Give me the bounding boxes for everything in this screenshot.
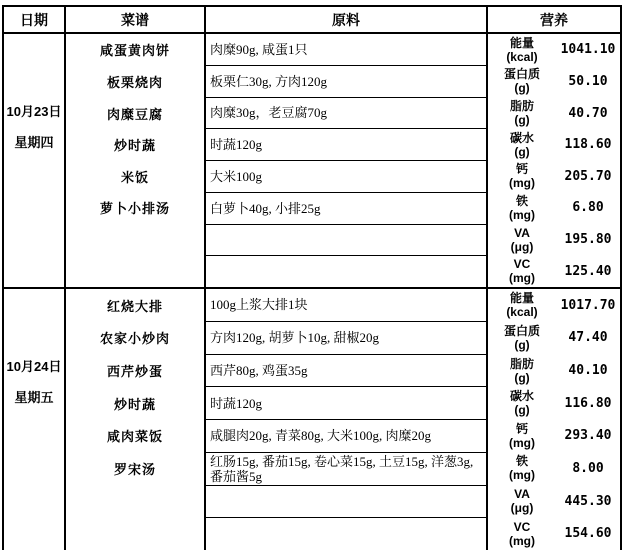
ingredient-cell: 时蔬120g [206, 387, 486, 420]
ingredient-cell: 肉糜30g，老豆腐70g [206, 98, 486, 130]
ingredient-cell: 咸腿肉20g, 青菜80g, 大米100g, 肉糜20g [206, 420, 486, 453]
dish-name [66, 485, 204, 518]
header-menu: 菜谱 [66, 7, 206, 32]
dish-name [66, 517, 204, 550]
nutrient-name: VC [514, 520, 531, 534]
nutrient-label: VA (μg) [488, 485, 556, 518]
nutrient-value: 116.80 [556, 387, 620, 420]
weekday-text: 星期五 [4, 382, 64, 413]
dish-name: 板栗烧肉 [66, 66, 204, 98]
header-nutrition: 营养 [488, 7, 620, 32]
nutrient-unit: (mg) [509, 534, 535, 548]
header-date: 日期 [4, 7, 66, 32]
nutrition-column: 能量 (kcal) 1017.70 蛋白质 (g) 47.40 脂肪 (g) 4… [488, 289, 620, 550]
date-text: 10月23日 [4, 96, 64, 127]
nutrient-unit: (mg) [509, 468, 535, 482]
dish-name: 咸蛋黄肉饼 [66, 34, 204, 66]
nutrition-row: 碳水 (g) 116.80 [488, 387, 620, 420]
ingredient-cell: 西芹80g, 鸡蛋35g [206, 355, 486, 388]
nutrient-value: 195.80 [556, 224, 620, 256]
ingredient-cell: 红肠15g, 番茄15g, 卷心菜15g, 土豆15g, 洋葱3g, 番茄酱5g [206, 453, 486, 486]
nutrient-unit: (kcal) [506, 50, 537, 64]
nutrient-unit: (μg) [511, 240, 534, 254]
nutrient-name: 脂肪 [510, 357, 534, 371]
nutrient-unit: (g) [514, 338, 529, 352]
nutrient-unit: (mg) [509, 208, 535, 222]
nutrient-label: VA (μg) [488, 224, 556, 256]
dish-name: 咸肉菜饭 [66, 420, 204, 453]
nutrient-value: 1041.10 [556, 34, 620, 66]
dish-name: 农家小炒肉 [66, 322, 204, 355]
nutrient-unit: (mg) [509, 436, 535, 450]
nutrient-label: 铁 (mg) [488, 192, 556, 224]
weekday-text: 星期四 [4, 127, 64, 158]
nutrient-value: 50.10 [556, 66, 620, 98]
dish-name [66, 255, 204, 287]
dish-name: 红烧大排 [66, 289, 204, 322]
nutrient-unit: (g) [514, 113, 529, 127]
nutrition-column: 能量 (kcal) 1041.10 蛋白质 (g) 50.10 脂肪 (g) 4… [488, 34, 620, 287]
nutrient-name: 蛋白质 [504, 67, 540, 81]
nutrient-name: VC [514, 257, 531, 271]
ingredient-cell [206, 256, 486, 287]
nutrient-unit: (g) [514, 81, 529, 95]
nutrient-label: 脂肪 (g) [488, 354, 556, 387]
dish-name [66, 224, 204, 256]
nutrition-row: 钙 (mg) 293.40 [488, 420, 620, 453]
nutrition-row: VA (μg) 195.80 [488, 224, 620, 256]
nutrition-row: 铁 (mg) 8.00 [488, 452, 620, 485]
date-cell: 10月23日 星期四 [4, 34, 66, 287]
header-ingredients: 原料 [206, 7, 488, 32]
date-text: 10月24日 [4, 351, 64, 382]
nutrient-label: 蛋白质 (g) [488, 66, 556, 98]
nutrient-value: 40.70 [556, 97, 620, 129]
nutrient-value: 205.70 [556, 161, 620, 193]
ingredient-cell: 板栗仁30g, 方肉120g [206, 66, 486, 98]
nutrient-unit: (g) [514, 371, 529, 385]
nutrition-row: VC (mg) 125.40 [488, 255, 620, 287]
ingredient-cell: 时蔬120g [206, 129, 486, 161]
nutrient-value: 8.00 [556, 452, 620, 485]
weekly-menu-table: 日期 菜谱 原料 营养 10月23日 星期四 咸蛋黄肉饼 板栗烧肉 肉糜豆腐 炒… [2, 5, 622, 550]
nutrition-row: 能量 (kcal) 1017.70 [488, 289, 620, 322]
nutrition-row: 能量 (kcal) 1041.10 [488, 34, 620, 66]
menu-column: 红烧大排 农家小炒肉 西芹炒蛋 炒时蔬 咸肉菜饭 罗宋汤 [66, 289, 206, 550]
nutrition-row: VA (μg) 445.30 [488, 485, 620, 518]
nutrient-value: 154.60 [556, 517, 620, 550]
dish-name: 炒时蔬 [66, 387, 204, 420]
dish-name: 炒时蔬 [66, 129, 204, 161]
dish-name: 罗宋汤 [66, 452, 204, 485]
nutrient-name: 能量 [510, 291, 534, 305]
nutrient-value: 6.80 [556, 192, 620, 224]
nutrient-value: 40.10 [556, 354, 620, 387]
nutrient-label: VC (mg) [488, 517, 556, 550]
ingredient-cell: 100g上浆大排1块 [206, 289, 486, 322]
nutrition-row: 钙 (mg) 205.70 [488, 161, 620, 193]
nutrient-value: 118.60 [556, 129, 620, 161]
nutrient-value: 293.40 [556, 420, 620, 453]
nutrient-value: 445.30 [556, 485, 620, 518]
nutrition-row: VC (mg) 154.60 [488, 517, 620, 550]
ingredient-cell: 肉糜90g, 咸蛋1只 [206, 34, 486, 66]
ingredient-cell: 大米100g [206, 161, 486, 193]
nutrient-name: 脂肪 [510, 99, 534, 113]
nutrient-label: 能量 (kcal) [488, 34, 556, 66]
nutrient-unit: (mg) [509, 271, 535, 285]
nutrient-label: VC (mg) [488, 255, 556, 287]
nutrient-name: VA [514, 487, 530, 501]
ingredient-cell [206, 518, 486, 550]
ingredient-cell [206, 225, 486, 257]
nutrient-name: 蛋白质 [504, 324, 540, 338]
nutrient-label: 钙 (mg) [488, 161, 556, 193]
ingredient-cell [206, 486, 486, 519]
nutrient-label: 钙 (mg) [488, 420, 556, 453]
nutrient-label: 能量 (kcal) [488, 289, 556, 322]
dish-name: 肉糜豆腐 [66, 97, 204, 129]
menu-column: 咸蛋黄肉饼 板栗烧肉 肉糜豆腐 炒时蔬 米饭 萝卜小排汤 [66, 34, 206, 287]
nutrient-unit: (g) [514, 145, 529, 159]
day-block-friday: 10月24日 星期五 红烧大排 农家小炒肉 西芹炒蛋 炒时蔬 咸肉菜饭 罗宋汤 … [4, 289, 620, 550]
ingredients-column: 100g上浆大排1块 方肉120g, 胡萝卜10g, 甜椒20g 西芹80g, … [206, 289, 488, 550]
nutrient-label: 铁 (mg) [488, 452, 556, 485]
ingredients-column: 肉糜90g, 咸蛋1只 板栗仁30g, 方肉120g 肉糜30g，老豆腐70g … [206, 34, 488, 287]
nutrition-row: 碳水 (g) 118.60 [488, 129, 620, 161]
nutrient-name: 能量 [510, 36, 534, 50]
nutrient-unit: (g) [514, 403, 529, 417]
nutrition-row: 蛋白质 (g) 47.40 [488, 322, 620, 355]
nutrient-unit: (mg) [509, 176, 535, 190]
nutrient-unit: (kcal) [506, 305, 537, 319]
dish-name: 萝卜小排汤 [66, 192, 204, 224]
nutrient-label: 碳水 (g) [488, 129, 556, 161]
nutrient-value: 125.40 [556, 255, 620, 287]
nutrient-name: 碳水 [510, 389, 534, 403]
ingredient-cell: 方肉120g, 胡萝卜10g, 甜椒20g [206, 322, 486, 355]
ingredient-cell: 白萝卜40g, 小排25g [206, 193, 486, 225]
dish-name: 西芹炒蛋 [66, 354, 204, 387]
nutrient-label: 脂肪 (g) [488, 97, 556, 129]
table-header-row: 日期 菜谱 原料 营养 [4, 7, 620, 34]
nutrition-row: 铁 (mg) 6.80 [488, 192, 620, 224]
nutrient-unit: (μg) [511, 501, 534, 515]
nutrient-name: 钙 [516, 162, 528, 176]
date-cell: 10月24日 星期五 [4, 289, 66, 550]
nutrient-name: 钙 [516, 422, 528, 436]
nutrient-value: 1017.70 [556, 289, 620, 322]
nutrition-row: 蛋白质 (g) 50.10 [488, 66, 620, 98]
nutrient-name: VA [514, 226, 530, 240]
nutrient-label: 碳水 (g) [488, 387, 556, 420]
nutrition-row: 脂肪 (g) 40.70 [488, 97, 620, 129]
nutrition-row: 脂肪 (g) 40.10 [488, 354, 620, 387]
nutrient-value: 47.40 [556, 322, 620, 355]
nutrient-name: 碳水 [510, 131, 534, 145]
nutrient-name: 铁 [516, 194, 528, 208]
dish-name: 米饭 [66, 161, 204, 193]
day-block-thursday: 10月23日 星期四 咸蛋黄肉饼 板栗烧肉 肉糜豆腐 炒时蔬 米饭 萝卜小排汤 … [4, 34, 620, 289]
nutrient-label: 蛋白质 (g) [488, 322, 556, 355]
nutrient-name: 铁 [516, 454, 528, 468]
